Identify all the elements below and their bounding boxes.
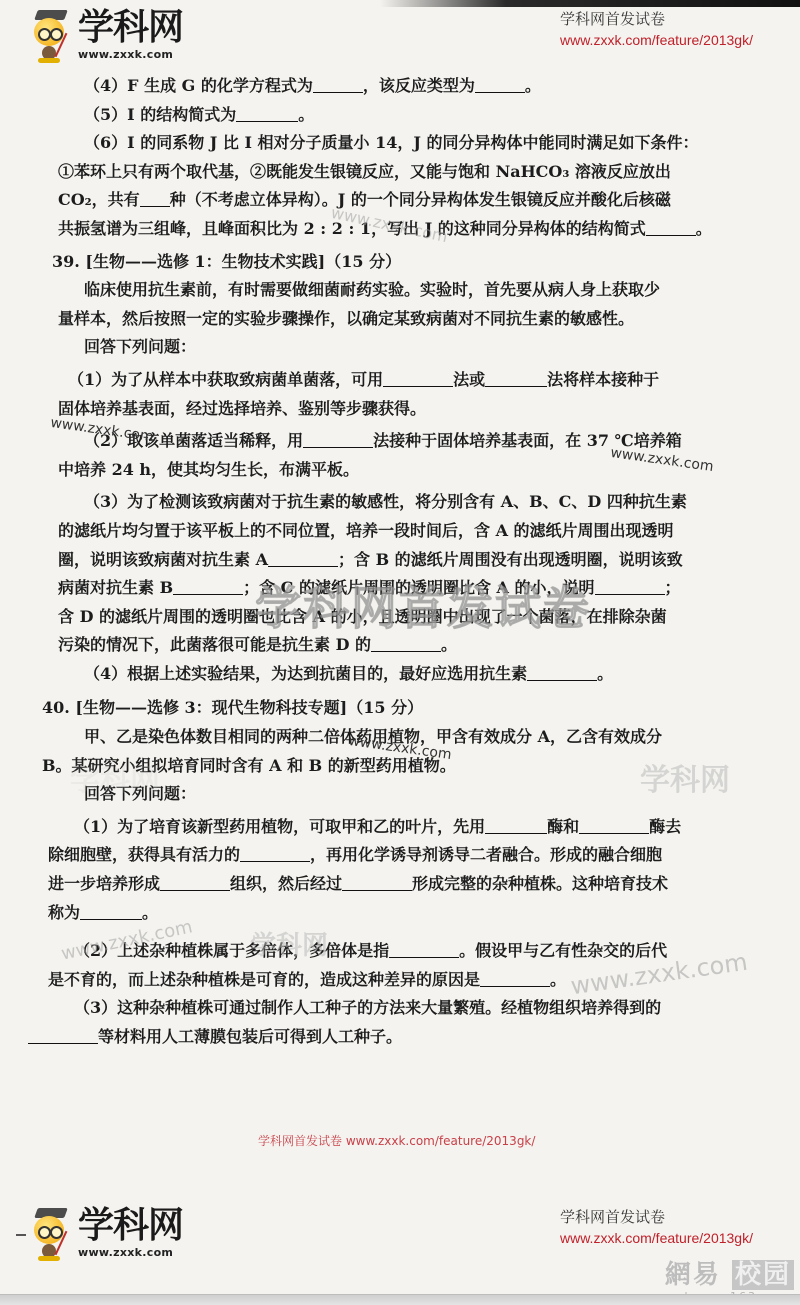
- answer-blank[interactable]: [485, 817, 547, 834]
- q40-p1-line2: 除细胞壁，获得具有活力的，再用化学诱导剂诱导二者融合。形成的融合细胞: [48, 841, 788, 870]
- logo-title: 学科网: [78, 8, 183, 48]
- q40-intro2: B。某研究小组拟培育同时含有 A 和 B 的新型药用植物。: [42, 752, 788, 781]
- q40-p2-line1: （2）上述杂种植株属于多倍体，多倍体是指。假设甲与乙有性杂交的后代: [48, 937, 788, 966]
- promo-link[interactable]: www.zxxk.com/feature/2013gk/: [560, 30, 753, 50]
- answer-blank[interactable]: [28, 1027, 98, 1044]
- logo-url: www.zxxk.com: [78, 48, 173, 61]
- q40-p1-line4: 称为。: [48, 899, 788, 928]
- promo-title: 学科网首发试卷: [560, 1208, 753, 1228]
- q39-p3-line6: 污染的情况下，此菌落很可能是抗生素 D 的。: [58, 631, 788, 660]
- answer-blank[interactable]: [313, 76, 363, 93]
- q39-p3-line2: 的滤纸片均匀置于该平板上的不同位置，培养一段时间后，含 A 的滤纸片周围出现透明: [58, 517, 788, 546]
- exam-content: （4）F 生成 G 的化学方程式为，该反应类型为。 （5）I 的结构简式为。 （…: [58, 68, 788, 1052]
- q39-p3-line3: 圈，说明该致病菌对抗生素 A；含 B 的滤纸片周围没有出现透明圈，说明该致: [58, 546, 788, 575]
- chem-q6-line3: CO₂，共有种（不考虑立体异构）。J 的一个同分异构体发生银镜反应并酸化后核磁: [58, 186, 788, 215]
- answer-blank[interactable]: [240, 845, 310, 862]
- answer-blank[interactable]: [236, 105, 298, 122]
- answer-blank[interactable]: [480, 970, 550, 987]
- zxxk-logo[interactable]: 学科网 www.zxxk.com: [30, 6, 190, 66]
- q39-p3-line4: 病菌对抗生素 B；含 C 的滤纸片周围的透明圈比含 A 的小，说明；: [58, 574, 788, 603]
- answer-blank[interactable]: [173, 578, 243, 595]
- chem-q5: （5）I 的结构简式为。: [58, 101, 788, 130]
- q40-p3-line1: （3）这种杂种植株可通过制作人工种子的方法来大量繁殖。经植物组织培养得到的: [48, 994, 788, 1023]
- promo-link[interactable]: www.zxxk.com/feature/2013gk/: [560, 1228, 753, 1248]
- answer-blank[interactable]: [579, 817, 649, 834]
- answer-blank[interactable]: [485, 370, 547, 387]
- answer-blank[interactable]: [371, 635, 441, 652]
- q39-p2-cont: 中培养 24 h，使其均匀生长，布满平板。: [58, 456, 788, 485]
- q39-prompt: 回答下列问题：: [58, 333, 788, 362]
- page-header: 学科网 www.zxxk.com 学科网首发试卷 www.zxxk.com/fe…: [0, 0, 800, 70]
- q39-title: 39. [生物——选修 1：生物技术实践]（15 分）: [52, 248, 788, 277]
- q40-intro1: 甲、乙是染色体数目相同的两种二倍体药用植物，甲含有效成分 A，乙含有效成分: [58, 723, 788, 752]
- answer-blank[interactable]: [80, 903, 142, 920]
- q39-intro1: 临床使用抗生素前，有时需要做细菌耐药实验。实验时，首先要从病人身上获取少: [58, 276, 788, 305]
- logo-url: www.zxxk.com: [78, 1246, 173, 1259]
- q39-p3-line5: 含 D 的滤纸片周围的透明圈也比含 A 的小，且透明圈中出现了一个菌落，在排除杂…: [58, 603, 788, 632]
- answer-blank[interactable]: [342, 874, 412, 891]
- q39-p3-line1: （3）为了检测该致病菌对于抗生素的敏感性，将分别含有 A、B、C、D 四种抗生素: [58, 488, 788, 517]
- q39-p4: （4）根据上述实验结果，为达到抗菌目的，最好应选用抗生素。: [58, 660, 788, 689]
- answer-blank[interactable]: [268, 550, 338, 567]
- answer-blank[interactable]: [475, 76, 525, 93]
- logo-title: 学科网: [78, 1206, 183, 1246]
- q40-title: 40. [生物——选修 3：现代生物科技专题]（15 分）: [42, 694, 788, 723]
- q40-p2-line2: 是不育的，而上述杂种植株是可育的，造成这种差异的原因是。: [48, 966, 788, 995]
- answer-blank[interactable]: [140, 190, 170, 207]
- answer-blank[interactable]: [646, 219, 696, 236]
- q39-p1-cont: 固体培养基表面，经过选择培养、鉴别等步骤获得。: [58, 395, 788, 424]
- q40-p3-line2: 等材料用人工薄膜包装后可得到人工种子。: [28, 1023, 788, 1052]
- scan-bottom-edge: [0, 1294, 800, 1305]
- zxxk-logo-footer[interactable]: 学科网 www.zxxk.com: [30, 1204, 190, 1264]
- chem-q6-line4: 共振氢谱为三组峰，且峰面积比为 2 : 2 : 1，写出 J 的这种同分异构体的…: [58, 215, 788, 244]
- answer-blank[interactable]: [160, 874, 230, 891]
- chem-q6-line2: ①苯环上只有两个取代基，②既能发生银镜反应，又能与饱和 NaHCO₃ 溶液反应放…: [58, 158, 788, 187]
- answer-blank[interactable]: [595, 578, 665, 595]
- q39-p1: （1）为了从样本中获取致病菌单菌落，可用法或法将样本接种于: [58, 366, 788, 395]
- chem-q4: （4）F 生成 G 的化学方程式为，该反应类型为。: [58, 72, 788, 101]
- q40-prompt: 回答下列问题：: [58, 780, 788, 809]
- watermark-inline-link: 学科网首发试卷 www.zxxk.com/feature/2013gk/: [258, 1132, 535, 1149]
- answer-blank[interactable]: [303, 431, 373, 448]
- answer-blank[interactable]: [383, 370, 453, 387]
- mascot-icon: [30, 10, 70, 64]
- q39-p2: （2）取该单菌落适当稀释，用法接种于固体培养基表面，在 37 ℃培养箱: [58, 427, 788, 456]
- promo-block: 学科网首发试卷 www.zxxk.com/feature/2013gk/: [560, 1208, 753, 1248]
- q40-p1-line1: （1）为了培育该新型药用植物，可取甲和乙的叶片，先用酶和酶去: [48, 813, 788, 842]
- answer-blank[interactable]: [527, 664, 597, 681]
- netease-campus-mark: 網易 校园: [665, 1254, 794, 1291]
- chem-q6-line1: （6）I 的同系物 J 比 I 相对分子质量小 14，J 的同分异构体中能同时满…: [58, 129, 788, 158]
- answer-blank[interactable]: [389, 941, 459, 958]
- promo-title: 学科网首发试卷: [560, 10, 753, 30]
- q40-p1-line3: 进一步培养形成组织，然后经过形成完整的杂种植株。这种培育技术: [48, 870, 788, 899]
- q39-intro2: 量样本，然后按照一定的实验步骤操作，以确定某致病菌对不同抗生素的敏感性。: [58, 305, 788, 334]
- promo-block: 学科网首发试卷 www.zxxk.com/feature/2013gk/: [560, 10, 753, 50]
- mascot-icon: [30, 1208, 70, 1262]
